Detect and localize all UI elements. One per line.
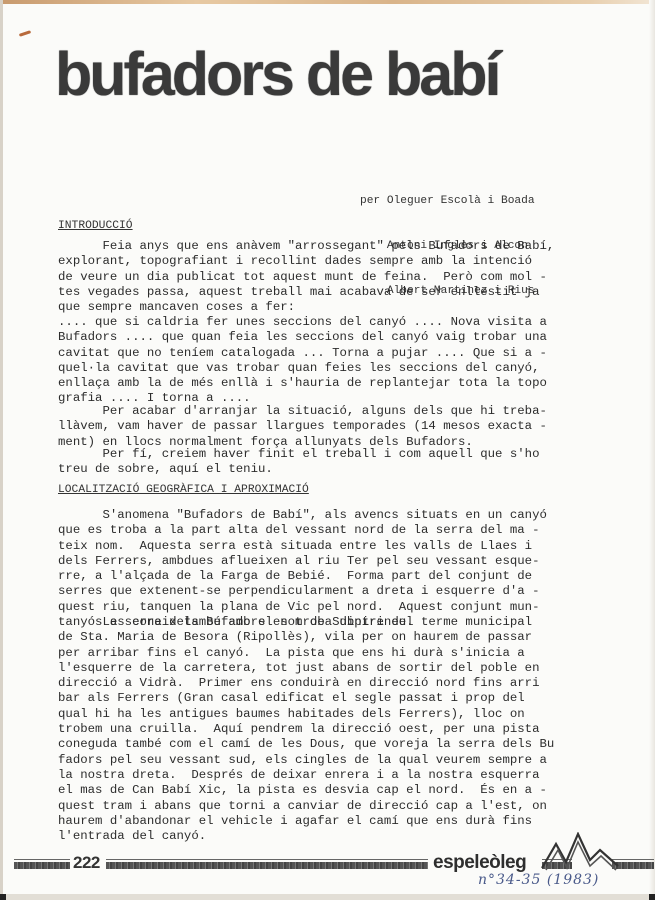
text-line: quel·la cavitat que vas trobar quan feie… bbox=[58, 361, 618, 376]
magazine-name: espeleòleg bbox=[433, 852, 526, 874]
text-line: haurem d'abandonar el vehicle i agafar e… bbox=[58, 814, 618, 829]
section-heading-localitzacio: LOCALITZACIÓ GEOGRÀFICA I APROXIMACIÓ bbox=[58, 484, 309, 496]
text-line: La serra dels Bufadors es troba dintre d… bbox=[58, 615, 618, 630]
paragraph: .... que si caldria fer unes seccions de… bbox=[58, 315, 618, 407]
text-line: de Sta. Maria de Besora (Ripollès), vila… bbox=[58, 630, 618, 645]
text-line: quest riu, tanquen la plana de Vic pel n… bbox=[58, 600, 618, 615]
text-line: llàvem, vam haver de passar llargues tem… bbox=[58, 419, 618, 434]
text-line: rre, a l'alçada de la Farga de Bebié. Fo… bbox=[58, 569, 618, 584]
author-line: per Oleguer Escolà i Boada bbox=[360, 194, 535, 209]
text-line: bar als Ferrers (Gran casal edificat el … bbox=[58, 691, 618, 706]
paragraph: Feia anys que ens anàvem "arrossegant" p… bbox=[58, 239, 618, 315]
text-line: Feia anys que ens anàvem "arrossegant" p… bbox=[58, 239, 618, 254]
text-line: cavitat que no teníem catalogada ... Tor… bbox=[58, 346, 618, 361]
text-line: serres que extenent-se perpendicularment… bbox=[58, 584, 618, 599]
text-line: Per acabar d'arranjar la situació, algun… bbox=[58, 404, 618, 419]
text-line: S'anomena "Bufadors de Babí", als avencs… bbox=[58, 508, 618, 523]
text-line: el mas de Can Babí Xic, la pista es desv… bbox=[58, 783, 618, 798]
text-line: l'entrada del canyó. bbox=[58, 829, 618, 844]
text-line: la nostra dreta. Després de deixar enrer… bbox=[58, 768, 618, 783]
text-line: de veure un dia publicat tot aquest munt… bbox=[58, 270, 618, 285]
page-right-edge bbox=[649, 0, 655, 900]
text-line: Bufadors .... que quan feia les seccions… bbox=[58, 330, 618, 345]
mountain-logo-icon bbox=[540, 832, 620, 877]
text-line: quest tram i abans que torni a canviar d… bbox=[58, 799, 618, 814]
handwritten-issue-note: n°34-35 (1983) bbox=[478, 872, 599, 888]
page-top-edge bbox=[0, 0, 655, 4]
text-line: treu de sobre, aquí el teniu. bbox=[58, 462, 618, 477]
text-line: direcció a Vidrà. Primer ens conduirà en… bbox=[58, 676, 618, 691]
text-line: l'esquerre de la carretera, tot just aba… bbox=[58, 661, 618, 676]
text-line: explorant, topografiant i recollint dade… bbox=[58, 254, 618, 269]
paragraph: S'anomena "Bufadors de Babí", als avencs… bbox=[58, 508, 618, 630]
text-line: enllaça amb la de més enllà i s'hauria d… bbox=[58, 376, 618, 391]
section-heading-introduccio: INTRODUCCIÓ bbox=[58, 220, 133, 232]
text-line: per arribar fins el canyó. La pista que … bbox=[58, 646, 618, 661]
paragraph: Per acabar d'arranjar la situació, algun… bbox=[58, 404, 618, 450]
article-title: bufadors de babí bbox=[55, 44, 498, 105]
text-line: qual hi ha les antigues baumes habitades… bbox=[58, 707, 618, 722]
text-line: Per fí, creiem haver finit el treball i … bbox=[58, 447, 618, 462]
page-left-edge bbox=[0, 0, 3, 900]
text-line: .... que si caldria fer unes seccions de… bbox=[58, 315, 618, 330]
paragraph: La serra dels Bufadors es troba dintre d… bbox=[58, 615, 618, 844]
page-bottom-edge bbox=[0, 894, 655, 900]
page-number: 222 bbox=[73, 853, 100, 873]
footer-rule bbox=[14, 862, 70, 869]
text-line: coneguda també com el camí de les Dous, … bbox=[58, 737, 618, 752]
paragraph: Per fí, creiem haver finit el treball i … bbox=[58, 447, 618, 478]
text-line: que es troba a la part alta del vessant … bbox=[58, 523, 618, 538]
text-line: dels Ferrers, ambdues aflueixen al riu T… bbox=[58, 554, 618, 569]
text-line: que sempre mancaven coses a fer: bbox=[58, 300, 618, 315]
footer-rule bbox=[106, 862, 428, 869]
text-line: trobem una cruilla. Aquí pendrem la dire… bbox=[58, 722, 618, 737]
text-line: tes vegades passa, aquest treball mai ac… bbox=[58, 285, 618, 300]
text-line: teix nom. Aquesta serra està situada ent… bbox=[58, 539, 618, 554]
text-line: fadors pel seu vessant sud, els cingles … bbox=[58, 753, 618, 768]
ink-mark bbox=[19, 30, 31, 37]
